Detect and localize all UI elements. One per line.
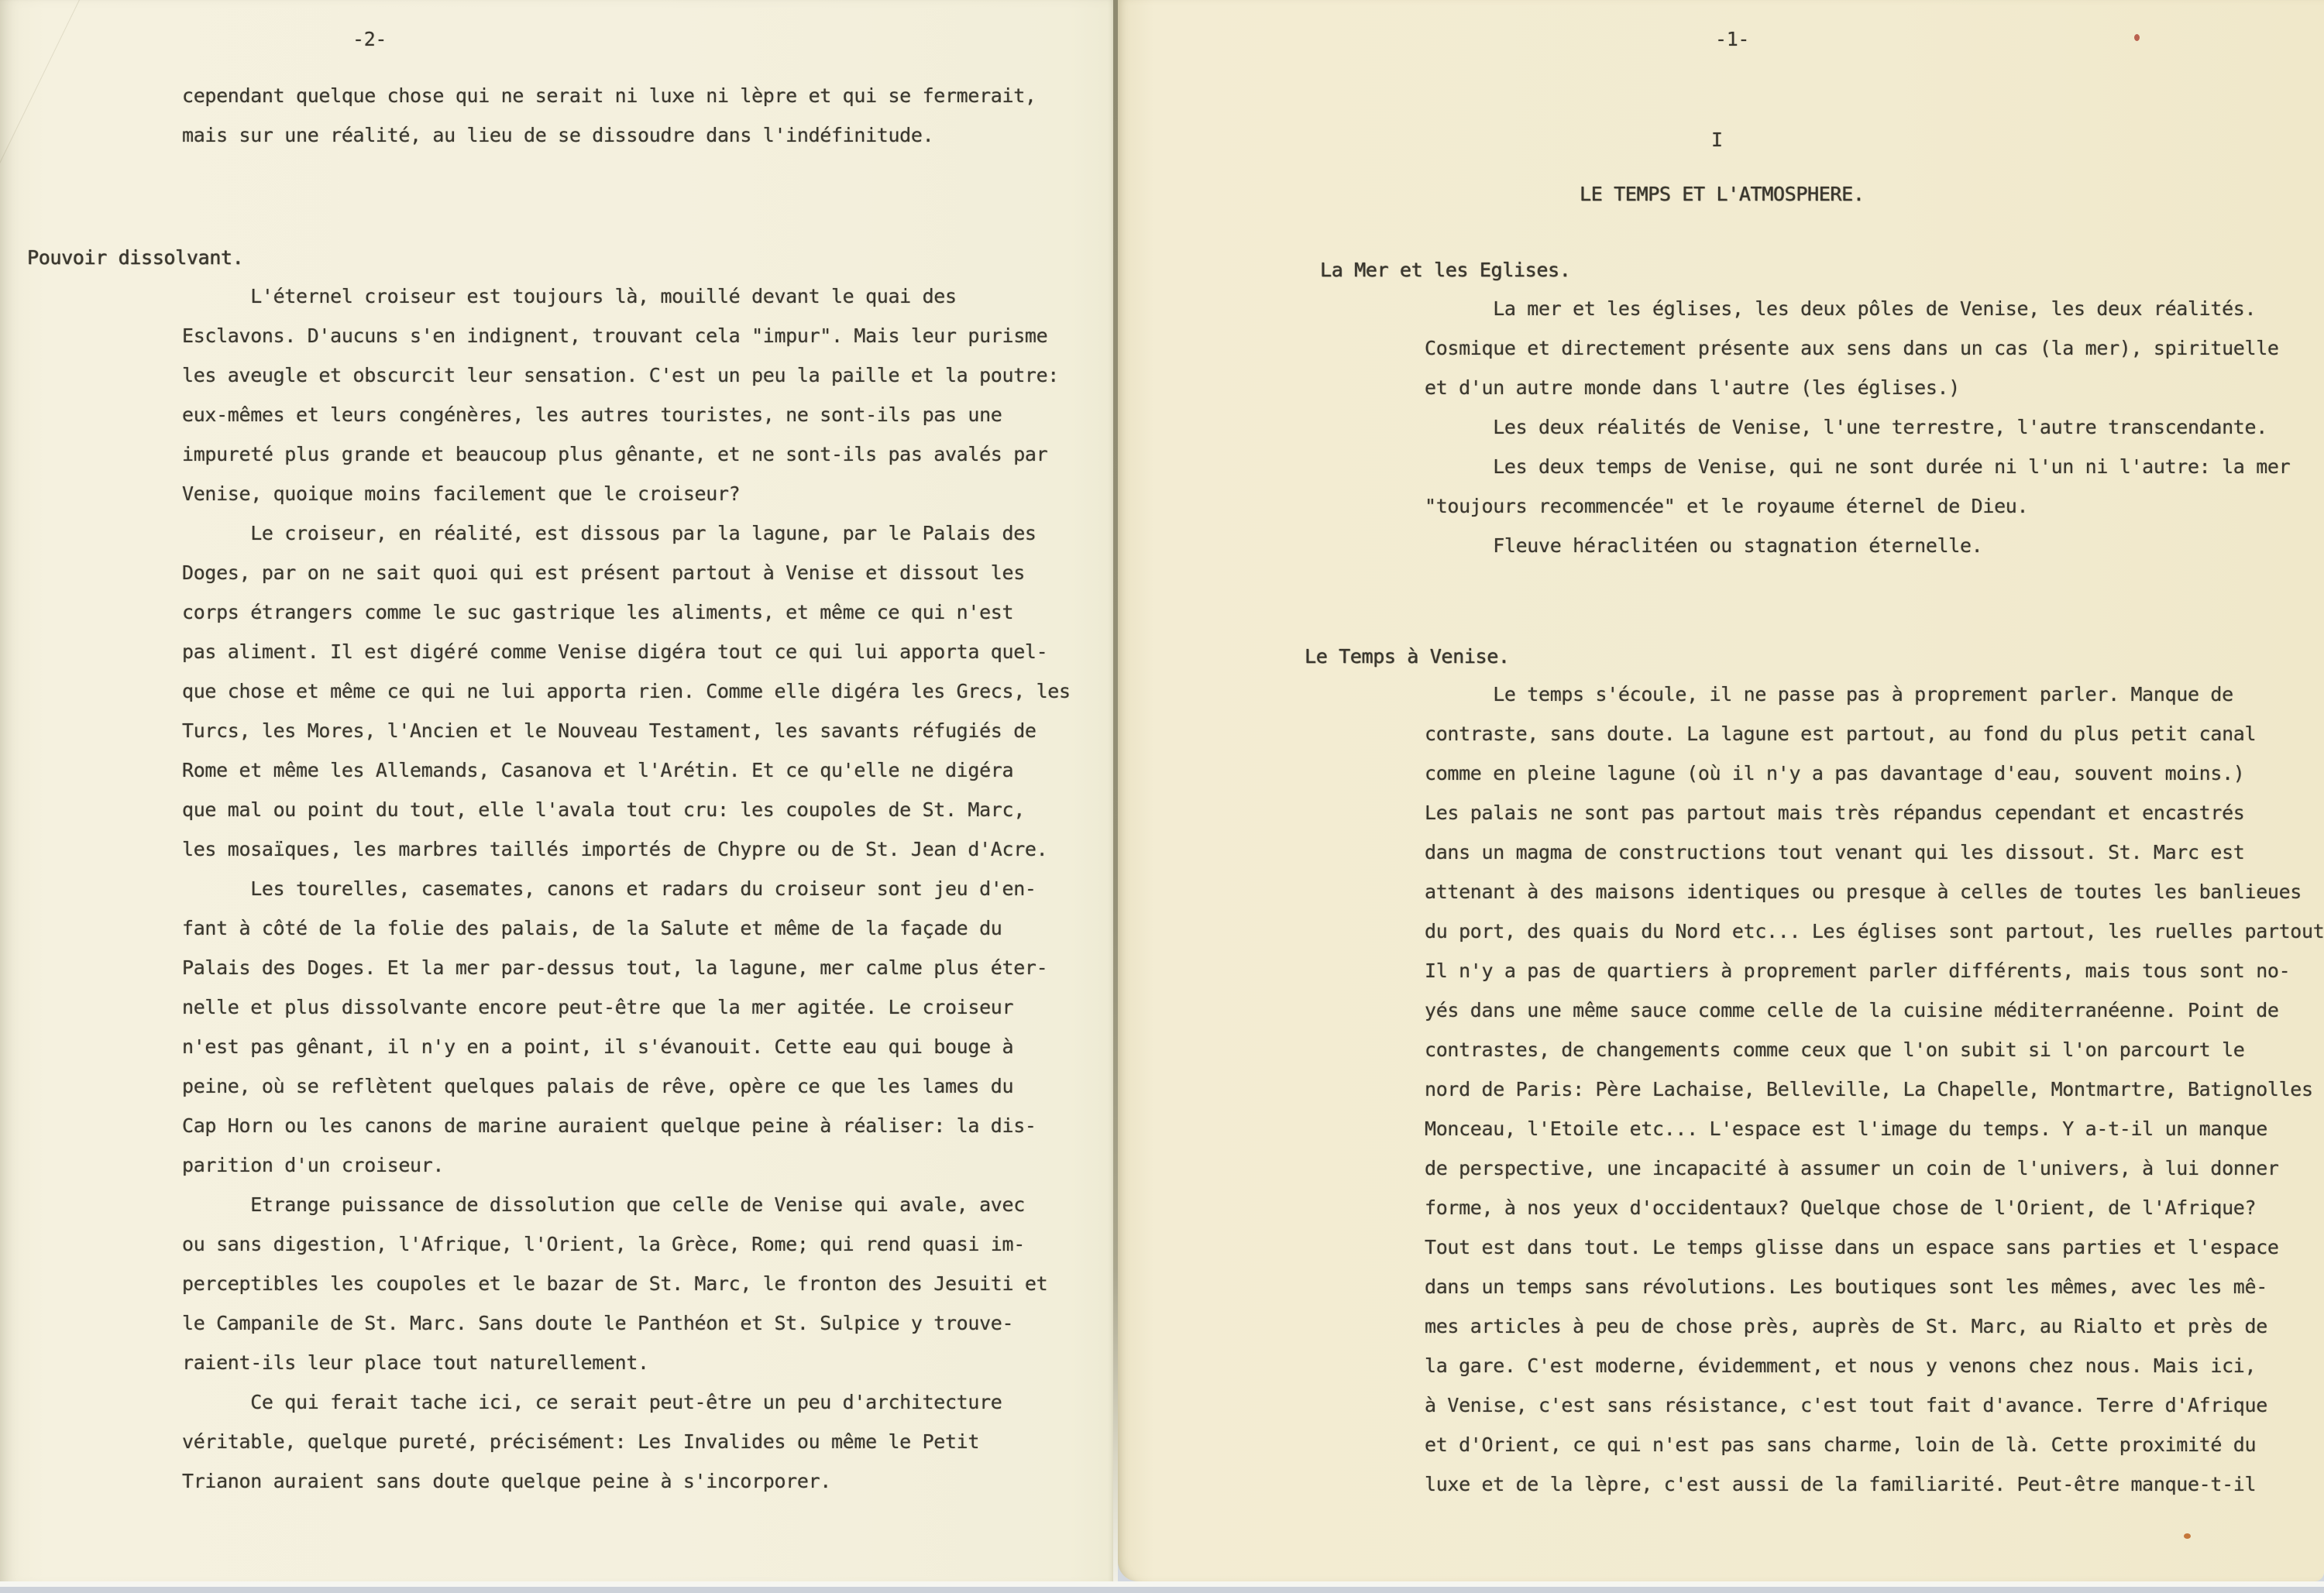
text-line: Ce qui ferait tache ici, ce serait peut-… — [182, 1382, 1071, 1422]
text-line: Cosmique et directement présente aux sen… — [1425, 328, 2290, 368]
text-line: Cap Horn ou les canons de marine auraien… — [182, 1106, 1071, 1145]
left-section-heading: Pouvoir dissolvant. — [27, 246, 243, 269]
text-line: nelle et plus dissolvante encore peut-êt… — [182, 987, 1071, 1027]
left-page-number: -2- — [352, 28, 387, 50]
text-line: le Campanile de St. Marc. Sans doute le … — [182, 1303, 1071, 1343]
text-line: Tout est dans tout. Le temps glisse dans… — [1425, 1227, 2324, 1267]
text-line: mais sur une réalité, au lieu de se diss… — [182, 115, 1037, 155]
text-line: forme, à nos yeux d'occidentaux? Quelque… — [1425, 1188, 2324, 1227]
text-line: yés dans une même sauce comme celle de l… — [1425, 990, 2324, 1030]
text-line: attenant à des maisons identiques ou pre… — [1425, 872, 2324, 912]
text-line: véritable, quelque pureté, précisément: … — [182, 1422, 1071, 1461]
text-line: parition d'un croiseur. — [182, 1145, 1071, 1185]
left-page-sheet: -2- cependant quelque chose qui ne serai… — [0, 0, 1113, 1584]
text-line: cependant quelque chose qui ne serait ni… — [182, 76, 1037, 115]
text-line: Turcs, les Mores, l'Ancien et le Nouveau… — [182, 711, 1071, 750]
text-line: La mer et les églises, les deux pôles de… — [1425, 289, 2290, 328]
paper-crease — [0, 0, 183, 210]
text-line: du port, des quais du Nord etc... Les ég… — [1425, 912, 2324, 951]
text-line: luxe et de la lèpre, c'est aussi de la f… — [1425, 1464, 2324, 1504]
section-heading-mer-eglises: La Mer et les Eglises. — [1320, 259, 1570, 281]
text-line: Etrange puissance de dissolution que cel… — [182, 1185, 1071, 1224]
text-line: Les deux temps de Venise, qui ne sont du… — [1425, 447, 2290, 486]
text-line: perceptibles les coupoles et le bazar de… — [182, 1264, 1071, 1303]
text-line: pas aliment. Il est digéré comme Venise … — [182, 632, 1071, 671]
section-body-temps-venise: Le temps s'écoule, il ne passe pas à pro… — [1425, 675, 2324, 1504]
text-line: "toujours recommencée" et le royaume éte… — [1425, 486, 2290, 526]
text-line: comme en pleine lagune (où il n'y a pas … — [1425, 754, 2324, 793]
text-line: Les palais ne sont pas partout mais très… — [1425, 793, 2324, 833]
text-line: n'est pas gênant, il n'y en a point, il … — [182, 1027, 1071, 1066]
text-line: impureté plus grande et beaucoup plus gê… — [182, 434, 1071, 474]
text-line: Palais des Doges. Et la mer par-dessus t… — [182, 948, 1071, 987]
text-line: L'éternel croiseur est toujours là, moui… — [182, 276, 1071, 316]
text-line: dans un magma de constructions tout vena… — [1425, 833, 2324, 872]
chapter-numeral: I — [1711, 129, 1723, 151]
text-line: et d'un autre monde dans l'autre (les ég… — [1425, 368, 2290, 407]
text-line: de perspective, une incapacité à assumer… — [1425, 1148, 2324, 1188]
text-line: Fleuve héraclitéen ou stagnation éternel… — [1425, 526, 2290, 565]
text-line: les aveugle et obscurcit leur sensation.… — [182, 355, 1071, 395]
ink-speck — [2134, 34, 2140, 41]
right-page-number: -1- — [1715, 28, 1749, 50]
text-line: contrastes, de changements comme ceux qu… — [1425, 1030, 2324, 1069]
text-line: à Venise, c'est sans résistance, c'est t… — [1425, 1385, 2324, 1425]
text-line: Trianon auraient sans doute quelque pein… — [182, 1461, 1071, 1501]
text-line: que chose et même ce qui ne lui apporta … — [182, 671, 1071, 711]
left-continuation-paragraph: cependant quelque chose qui ne serait ni… — [182, 76, 1037, 155]
text-line: Doges, par on ne sait quoi qui est prése… — [182, 553, 1071, 592]
text-line: contraste, sans doute. La lagune est par… — [1425, 714, 2324, 754]
text-line: eux-mêmes et leurs congénères, les autre… — [182, 395, 1071, 434]
text-line: Venise, quoique moins facilement que le … — [182, 474, 1071, 513]
text-line: ou sans digestion, l'Afrique, l'Orient, … — [182, 1224, 1071, 1264]
text-line: dans un temps sans révolutions. Les bout… — [1425, 1267, 2324, 1306]
scan-edge-white-strip — [0, 1581, 2324, 1587]
text-line: Il n'y a pas de quartiers à proprement p… — [1425, 951, 2324, 990]
text-line: peine, où se reflètent quelques palais d… — [182, 1066, 1071, 1106]
text-line: Les tourelles, casemates, canons et rada… — [182, 869, 1071, 908]
text-line: Le croiseur, en réalité, est dissous par… — [182, 513, 1071, 553]
chapter-title: LE TEMPS ET L'ATMOSPHERE. — [1580, 183, 1865, 205]
section-body-mer-eglises: La mer et les églises, les deux pôles de… — [1425, 289, 2290, 565]
document-scan: -2- cependant quelque chose qui ne serai… — [0, 0, 2324, 1593]
text-line: nord de Paris: Père Lachaise, Belleville… — [1425, 1069, 2324, 1109]
text-line: la gare. C'est moderne, évidemment, et n… — [1425, 1346, 2324, 1385]
text-line: Rome et même les Allemands, Casanova et … — [182, 750, 1071, 790]
text-line: raient-ils leur place tout naturellement… — [182, 1343, 1071, 1382]
text-line: et d'Orient, ce qui n'est pas sans charm… — [1425, 1425, 2324, 1464]
text-line: Les deux réalités de Venise, l'une terre… — [1425, 407, 2290, 447]
ink-speck — [2184, 1533, 2191, 1539]
text-line: mes articles à peu de chose près, auprès… — [1425, 1306, 2324, 1346]
section-heading-temps-venise: Le Temps à Venise. — [1305, 645, 1510, 668]
text-line: Monceau, l'Etoile etc... L'espace est l'… — [1425, 1109, 2324, 1148]
text-line: fant à côté de la folie des palais, de l… — [182, 908, 1071, 948]
left-body-text: L'éternel croiseur est toujours là, moui… — [182, 276, 1071, 1501]
right-page-sheet: -1- I LE TEMPS ET L'ATMOSPHERE. La Mer e… — [1118, 0, 2324, 1581]
scan-edge-grey-strip — [0, 1587, 2324, 1593]
text-line: Le temps s'écoule, il ne passe pas à pro… — [1425, 675, 2324, 714]
text-line: que mal ou point du tout, elle l'avala t… — [182, 790, 1071, 829]
text-line: Esclavons. D'aucuns s'en indignent, trou… — [182, 316, 1071, 355]
text-line: corps étrangers comme le suc gastrique l… — [182, 592, 1071, 632]
text-line: les mosaïques, les marbres taillés impor… — [182, 829, 1071, 869]
